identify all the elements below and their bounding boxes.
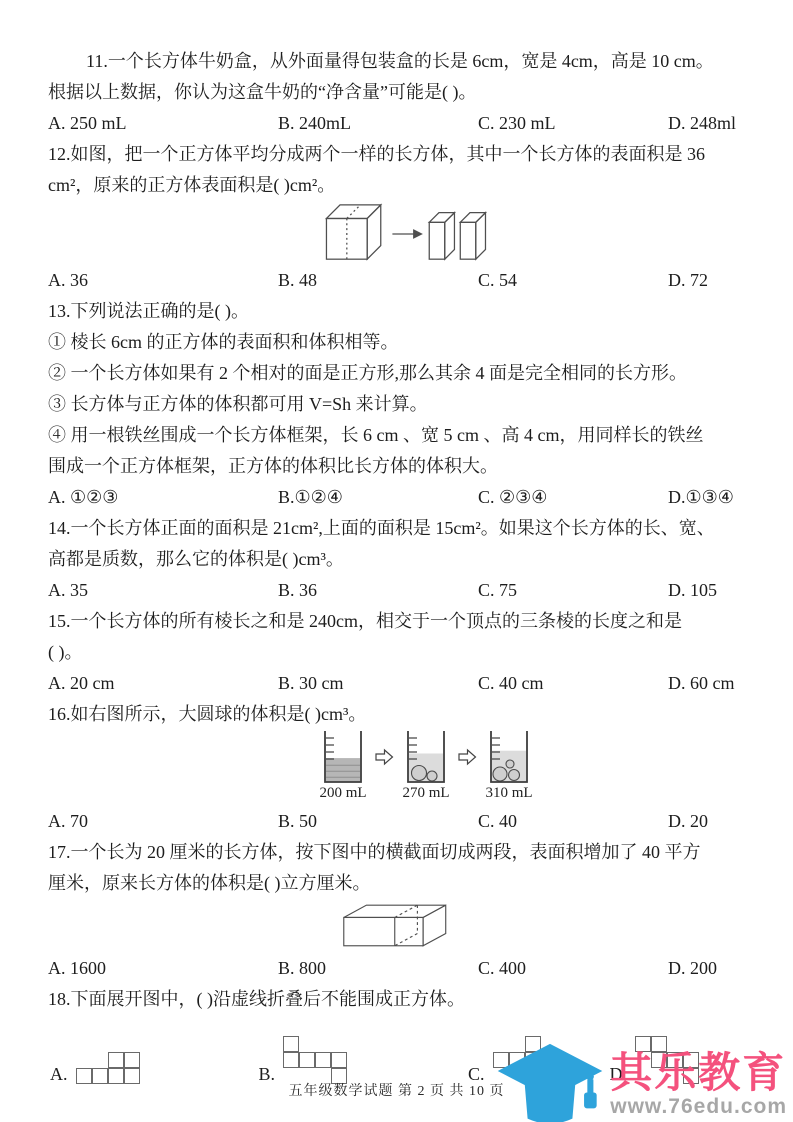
q15-options: A. 20 cm B. 30 cm C. 40 cm D. 60 cm	[48, 668, 748, 699]
net-cell	[124, 1052, 140, 1068]
q13-options: A. ①②③ B.①②④ C. ②③④ D.①③④	[48, 482, 748, 513]
q15-option-b: B. 30 cm	[278, 668, 478, 699]
q13-option-d: D.①③④	[668, 482, 748, 513]
q14-option-b: B. 36	[278, 575, 478, 606]
q12-option-a: A. 36	[48, 265, 278, 296]
beaker-1-label: 200 mL	[319, 784, 366, 802]
q11-options: A. 250 mL B. 240mL C. 230 mL D. 248ml	[48, 108, 748, 139]
q12-option-c: C. 54	[478, 265, 668, 296]
brand-logo: 其乐教育 www.76edu.com	[494, 1040, 793, 1122]
q17-line-1: 17.一个长为 20 厘米的长方体，按下图中的横截面切成两段，表面积增加了 40…	[48, 837, 748, 868]
q11-option-c: C. 230 mL	[478, 108, 668, 139]
beaker-3-label: 310 mL	[485, 784, 532, 802]
q13-statement-3: ③ 长方体与正方体的体积都可用 V=Sh 来计算。	[48, 389, 748, 420]
q17-options: A. 1600 B. 800 C. 400 D. 200	[48, 953, 748, 984]
q16-option-a: A. 70	[48, 806, 278, 837]
q17-line-2: 厘米，原来长方体的体积是( )立方厘米。	[48, 868, 748, 899]
beaker-3: 310 mL	[480, 730, 538, 802]
net-cell	[283, 1052, 299, 1068]
arrow-right-icon	[458, 748, 477, 766]
test-paper-page: 11.一个长方体牛奶盒，从外面量得包装盒的长是 6cm，宽是 4cm，高是 10…	[0, 0, 793, 1122]
q18-line-1: 18.下面展开图中，( )沿虚线折叠后不能围成正方体。	[48, 984, 748, 1015]
q14-line-1: 14.一个长方体正面的面积是 21cm²,上面的面积是 15cm²。如果这个长方…	[48, 513, 748, 544]
beaker-2: 270 mL	[397, 730, 455, 802]
q17-option-a: A. 1600	[48, 953, 278, 984]
q15-line-1: 15.一个长方体的所有棱长之和是 240cm，相交于一个顶点的三条棱的长度之和是	[48, 606, 748, 637]
logo-text: 其乐教育 www.76edu.com	[610, 1051, 787, 1119]
q16-option-c: C. 40	[478, 806, 668, 837]
q13-option-c: C. ②③④	[478, 482, 668, 513]
cube-net-b-block: B.	[259, 1036, 349, 1085]
net-cell	[108, 1052, 124, 1068]
q17-option-c: C. 400	[478, 953, 668, 984]
q13-statement-2: ② 一个长方体如果有 2 个相对的面是正方形,那么其余 4 面是完全相同的长方形…	[48, 358, 748, 389]
beaker-1: 200 mL	[314, 730, 372, 802]
q14-line-2: 高都是质数，那么它的体积是( )cm³。	[48, 544, 748, 575]
q16-line-1: 16.如右图所示，大圆球的体积是( )cm³。	[48, 699, 748, 730]
q17-option-b: B. 800	[278, 953, 478, 984]
q15-option-d: D. 60 cm	[668, 668, 748, 699]
beaker-diagram: 200 mL 270 mL 310 mL	[48, 730, 748, 806]
cut-box-diagram	[48, 899, 748, 953]
q12-option-b: B. 48	[278, 265, 478, 296]
cube-split-svg	[316, 201, 494, 265]
q15-option-a: A. 20 cm	[48, 668, 278, 699]
q12-line-1: 12.如图，把一个正方体平均分成两个一样的长方体，其中一个长方体的表面积是 36	[48, 139, 748, 170]
beaker-2-label: 270 mL	[402, 784, 449, 802]
page-content: 11.一个长方体牛奶盒，从外面量得包装盒的长是 6cm，宽是 4cm，高是 10…	[48, 46, 748, 1085]
q11-option-d: D. 248ml	[668, 108, 748, 139]
graduation-cap-icon	[494, 1040, 606, 1122]
q15-option-c: C. 40 cm	[478, 668, 668, 699]
q12-options: A. 36 B. 48 C. 54 D. 72	[48, 265, 748, 296]
q13-statement-4-line-2: 围成一个正方体框架，正方体的体积比长方体的体积大。	[48, 451, 748, 482]
q12-option-d: D. 72	[668, 265, 748, 296]
cube-net-b	[283, 1036, 348, 1085]
q13-statement-4-line-1: ④ 用一根铁丝围成一个长方体框架，长 6 cm 、宽 5 cm 、高 4 cm，…	[48, 420, 748, 451]
q11-option-b: B. 240mL	[278, 108, 478, 139]
brand-name: 其乐教育	[610, 1051, 787, 1095]
q17-option-d: D. 200	[668, 953, 748, 984]
q13-line-1: 13.下列说法正确的是( )。	[48, 296, 748, 327]
q15-line-2: ( )。	[48, 637, 748, 668]
arrow-right-icon	[375, 748, 394, 766]
q14-option-d: D. 105	[668, 575, 748, 606]
q16-option-d: D. 20	[668, 806, 748, 837]
q11-option-a: A. 250 mL	[48, 108, 278, 139]
q11-line-2: 根据以上数据，你认为这盒牛奶的“净含量”可能是( )。	[48, 77, 748, 108]
q11-line-1: 11.一个长方体牛奶盒，从外面量得包装盒的长是 6cm，宽是 4cm，高是 10…	[48, 46, 748, 77]
beaker-2-svg	[406, 730, 446, 784]
q13-option-a: A. ①②③	[48, 482, 278, 513]
q14-options: A. 35 B. 36 C. 75 D. 105	[48, 575, 748, 606]
q16-option-b: B. 50	[278, 806, 478, 837]
brand-url: www.76edu.com	[610, 1095, 787, 1119]
net-cell	[283, 1036, 299, 1052]
q14-option-c: C. 75	[478, 575, 668, 606]
q16-options: A. 70 B. 50 C. 40 D. 20	[48, 806, 748, 837]
cut-box-svg	[340, 899, 458, 951]
beaker-1-svg	[323, 730, 363, 784]
net-cell	[299, 1052, 315, 1068]
q13-option-b: B.①②④	[278, 482, 478, 513]
q12-line-2: cm²，原来的正方体表面积是( )cm²。	[48, 170, 748, 201]
net-cell	[331, 1052, 347, 1068]
q13-statement-1: ① 棱长 6cm 的正方体的表面积和体积相等。	[48, 327, 748, 358]
beaker-3-svg	[489, 730, 529, 784]
net-cell	[315, 1052, 331, 1068]
cube-split-diagram	[48, 201, 748, 265]
q14-option-a: A. 35	[48, 575, 278, 606]
